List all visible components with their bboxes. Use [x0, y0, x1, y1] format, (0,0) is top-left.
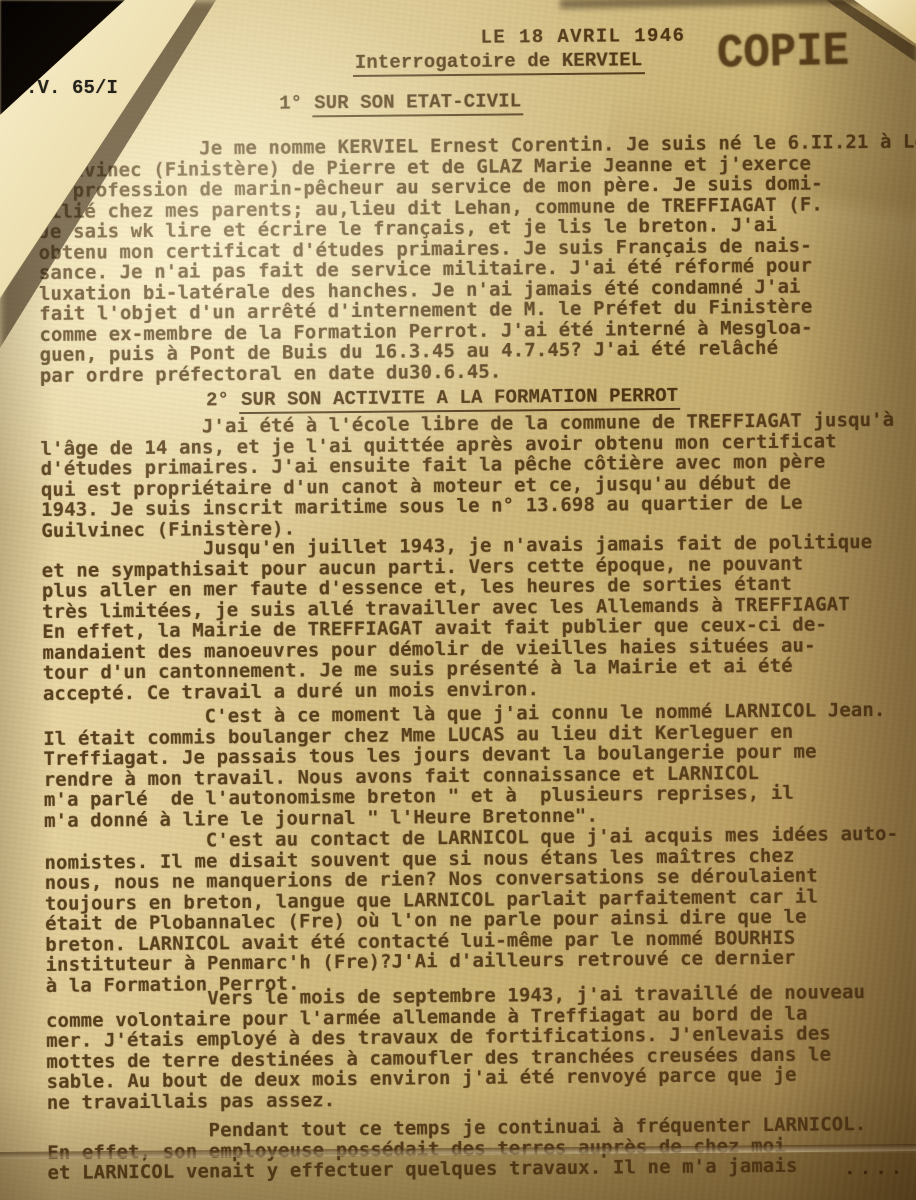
section-1-number: 1° [279, 92, 302, 114]
paragraph-etat-civil: Je me nomme KERVIEL Ernest Corentin. Je … [38, 131, 916, 386]
copie-stamp: COPIE [717, 25, 850, 82]
paragraph-septembre-1943: Vers le mois de septembre 1943, j'ai tra… [46, 982, 866, 1113]
paragraph-frequentation-larnicol: Pendant tout ce temps je continuai à fré… [47, 1114, 867, 1183]
photographed-document: LE 18 AVRIL 1946 Interrogatoire de KERVI… [0, 0, 916, 1200]
document-date: LE 18 AVRIL 1946 [481, 26, 686, 48]
paragraph-idees-autonomistes: C'est au contact de LARNICOL que j'ai ac… [44, 824, 899, 996]
paragraph-rencontre-larnicol: C'est à ce moment là que j'ai connu le n… [43, 700, 886, 831]
document-page: LE 18 AVRIL 1946 Interrogatoire de KERVI… [0, 0, 916, 1200]
section-2-number: 2° [206, 389, 229, 411]
section-1-heading: 1°SUR SON ETAT-CIVIL [279, 91, 523, 117]
continuation-dots: .... [843, 1160, 906, 1181]
section-2-title: SUR SON ACTIVITE A LA FORMATION PERROT [239, 386, 680, 414]
section-1-title: SUR SON ETAT-CIVIL [312, 91, 523, 117]
section-2-heading: 2°SUR SON ACTIVITE A LA FORMATION PERROT [206, 386, 680, 414]
paragraph-travail-allemands: Jusqu'en juillet 1943, je n'avais jamais… [41, 532, 873, 704]
document-title: Interrogatoire de KERVIEL [353, 50, 645, 76]
file-reference: .V. 65/I [26, 78, 118, 99]
paragraph-ecole-peche: J'ai été à l'école libre de la commune d… [40, 410, 895, 541]
document-title-text: Interrogatoire de KERVIEL [353, 50, 645, 76]
typewritten-content: LE 18 AVRIL 1946 Interrogatoire de KERVI… [0, 0, 916, 1200]
